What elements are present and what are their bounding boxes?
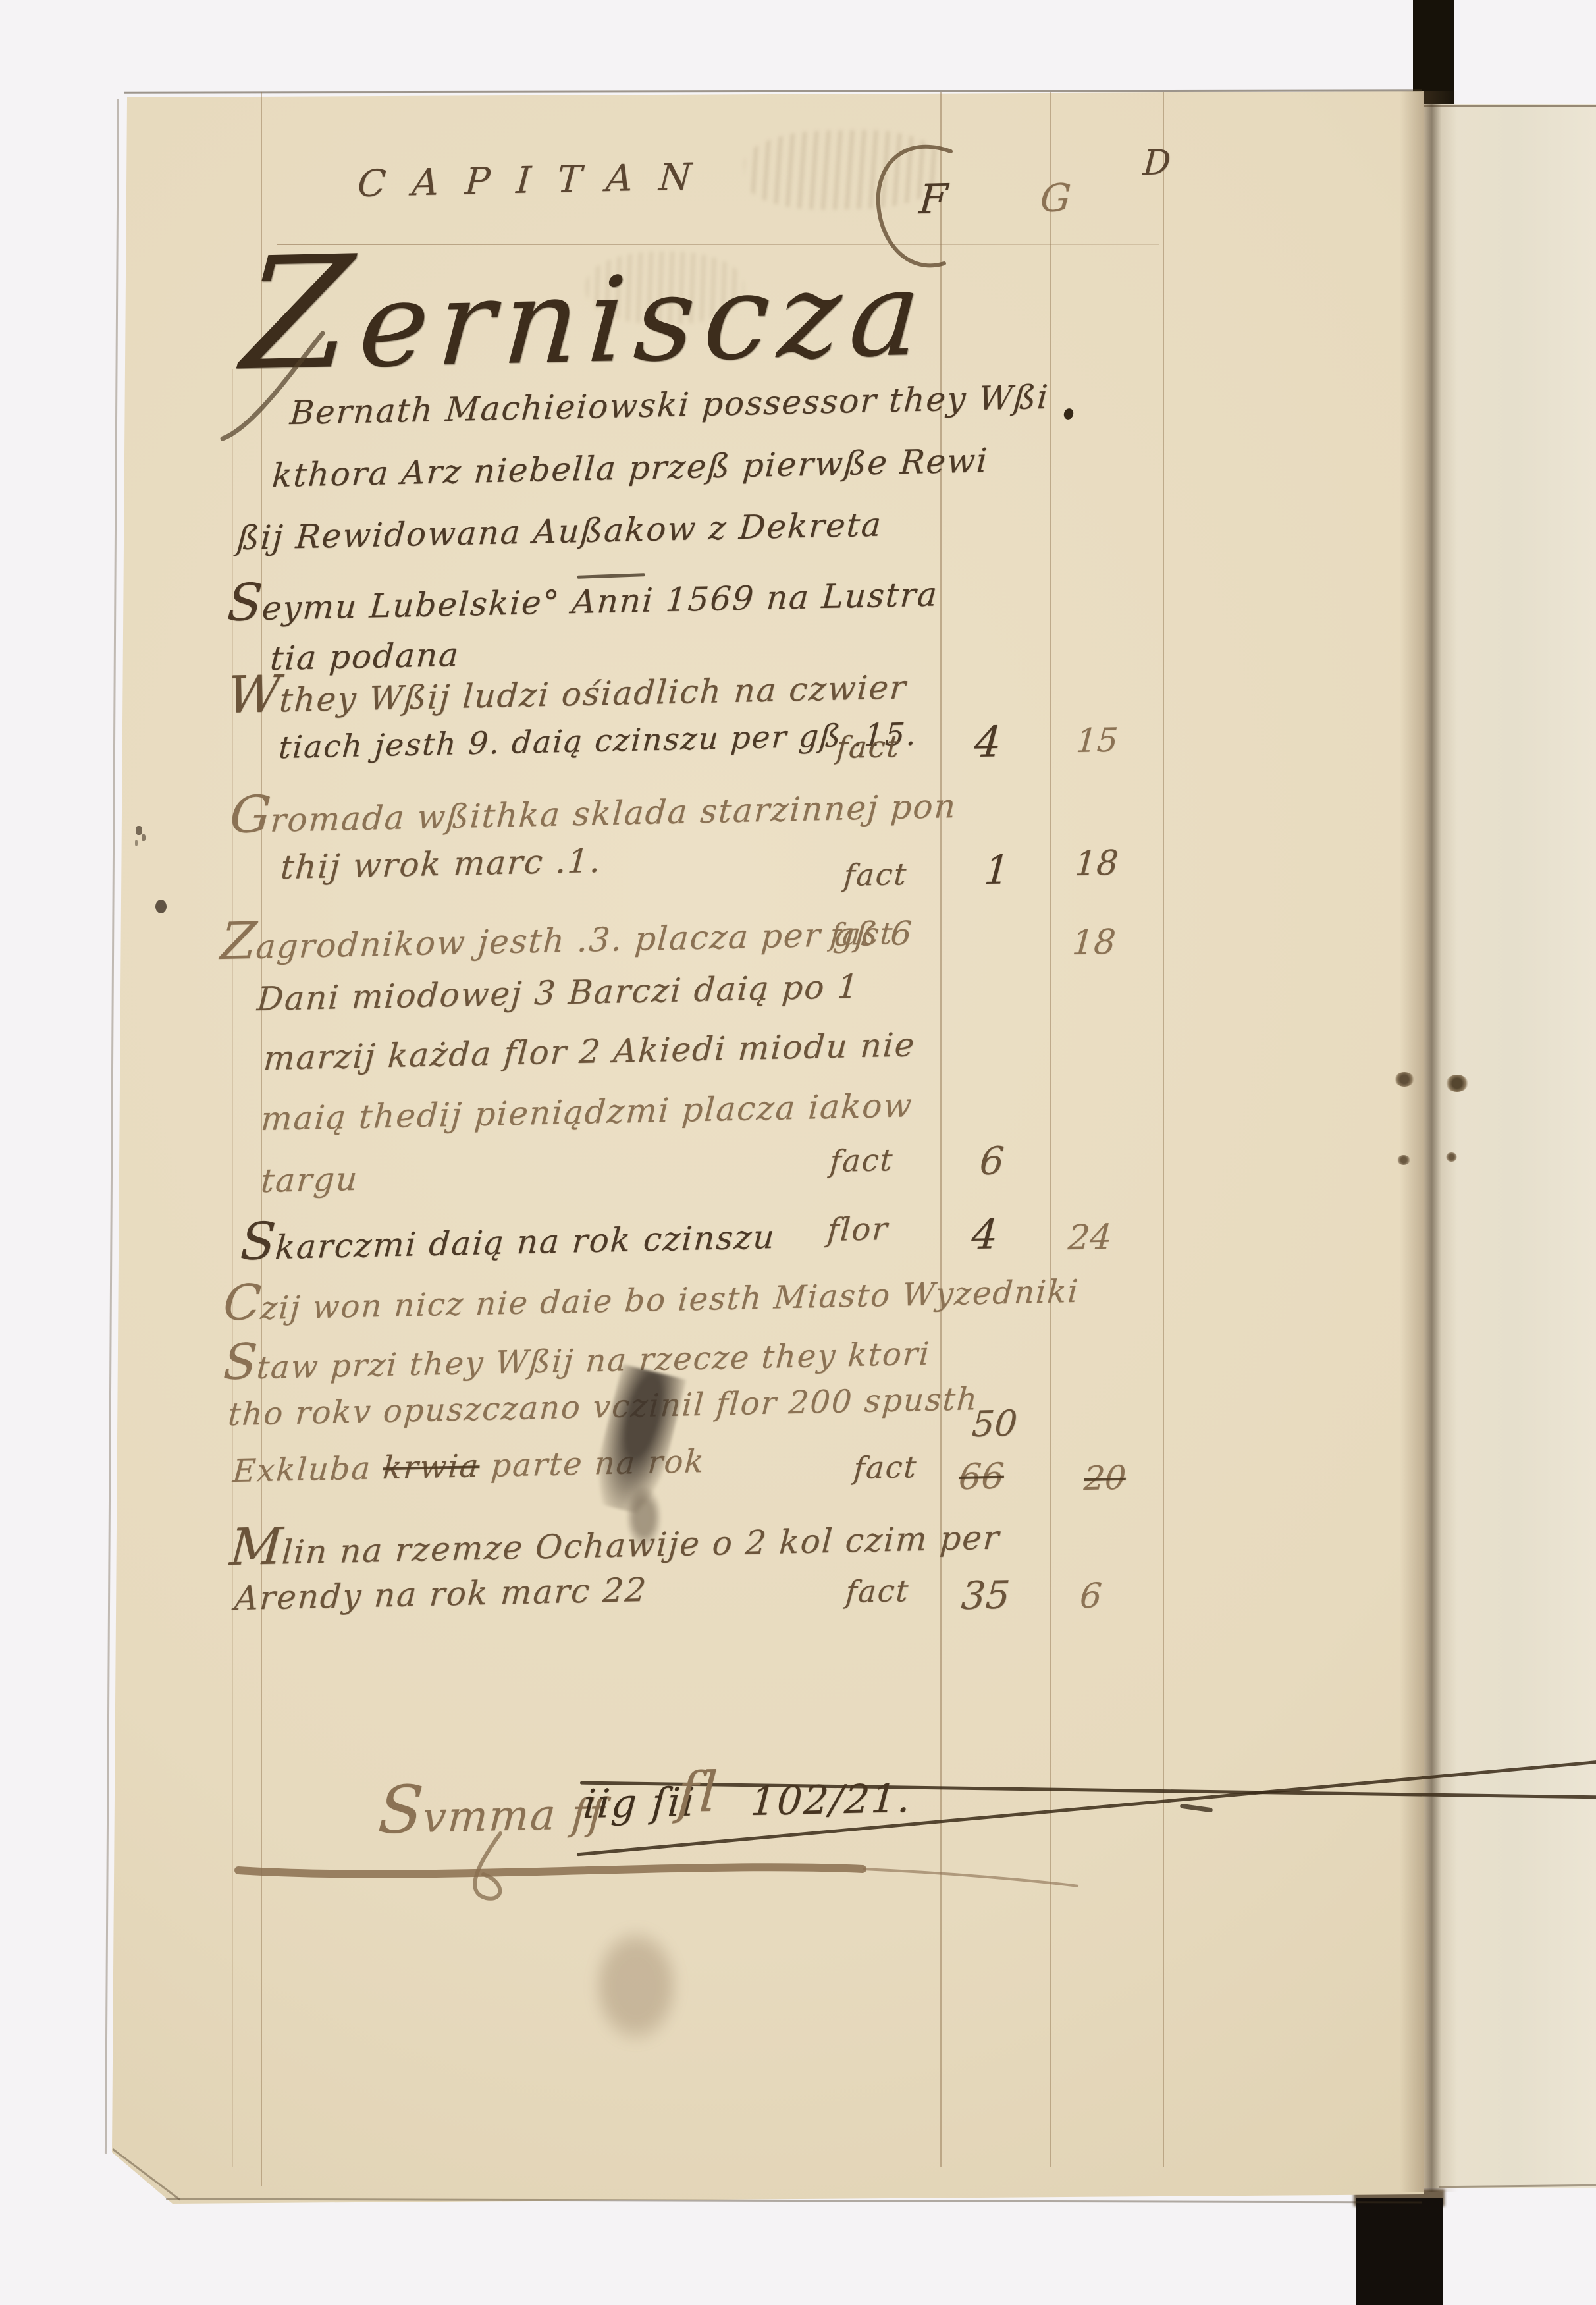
amount-g-struck: 20 xyxy=(1083,1461,1127,1495)
summa-underline xyxy=(230,1848,1086,1894)
row-keyword: fact xyxy=(845,1575,911,1607)
amount-g: 18 xyxy=(1071,925,1117,960)
title-tail-swash xyxy=(217,328,336,453)
column-letter-g: G xyxy=(1039,178,1073,217)
row-keyword: fact xyxy=(853,1451,918,1483)
body-line: thij wrok marc .1. xyxy=(280,844,603,884)
amount-g: 24 xyxy=(1067,1220,1113,1255)
body-line: targu xyxy=(260,1162,359,1197)
manuscript-photo: CAPITAN F G D Zerniscza Bernath Machieio… xyxy=(0,0,1596,2305)
page-title: Zerniscza xyxy=(238,224,935,393)
body-text: Exkluba xyxy=(232,1450,385,1490)
ink-blot-tail xyxy=(627,1487,661,1548)
column-rule-d xyxy=(1163,92,1164,2167)
body-text: parte na rok xyxy=(479,1443,706,1484)
body-line: Arendy na rok marc 22 xyxy=(234,1573,649,1615)
chapter-header: CAPITAN xyxy=(356,159,718,203)
bottom-smudge xyxy=(593,1928,679,2044)
amount-f: 35 xyxy=(960,1575,1011,1615)
struck-word: krwia xyxy=(382,1448,481,1486)
row-keyword: fact xyxy=(843,859,909,890)
column-letter-d: D xyxy=(1142,146,1173,180)
amount-f: 6 xyxy=(978,1141,1005,1180)
summa-amount: 102/21. xyxy=(749,1779,913,1822)
row-keyword: flor xyxy=(826,1213,890,1246)
binding-tab-bottom xyxy=(1356,2198,1443,2305)
amount-f: 4 xyxy=(971,1214,999,1255)
margin-blot xyxy=(155,900,167,913)
wormhole xyxy=(1446,1152,1457,1162)
summa-currency: fl xyxy=(676,1764,720,1820)
amount-f: 4 xyxy=(973,721,1003,764)
row-keyword: fact xyxy=(829,1145,895,1176)
margin-speck xyxy=(136,826,142,835)
column-letter-f: F xyxy=(918,178,950,220)
amount-f-corrected: 50 xyxy=(971,1406,1018,1443)
wormhole xyxy=(1395,1072,1414,1087)
wormhole xyxy=(1446,1075,1468,1092)
margin-rule-left-inner xyxy=(232,369,233,2167)
amount-g: 18 xyxy=(1074,846,1120,881)
amount-g: 6 xyxy=(1079,1579,1104,1613)
row-keyword: fact xyxy=(829,918,895,950)
wormhole xyxy=(1397,1155,1410,1165)
amount-f-struck: 66 xyxy=(957,1459,1005,1496)
amount-g: 15 xyxy=(1075,724,1119,757)
gutter-shadow xyxy=(1400,91,1458,2192)
row-keyword: fact xyxy=(836,731,901,763)
amount-f: 1 xyxy=(983,850,1011,890)
